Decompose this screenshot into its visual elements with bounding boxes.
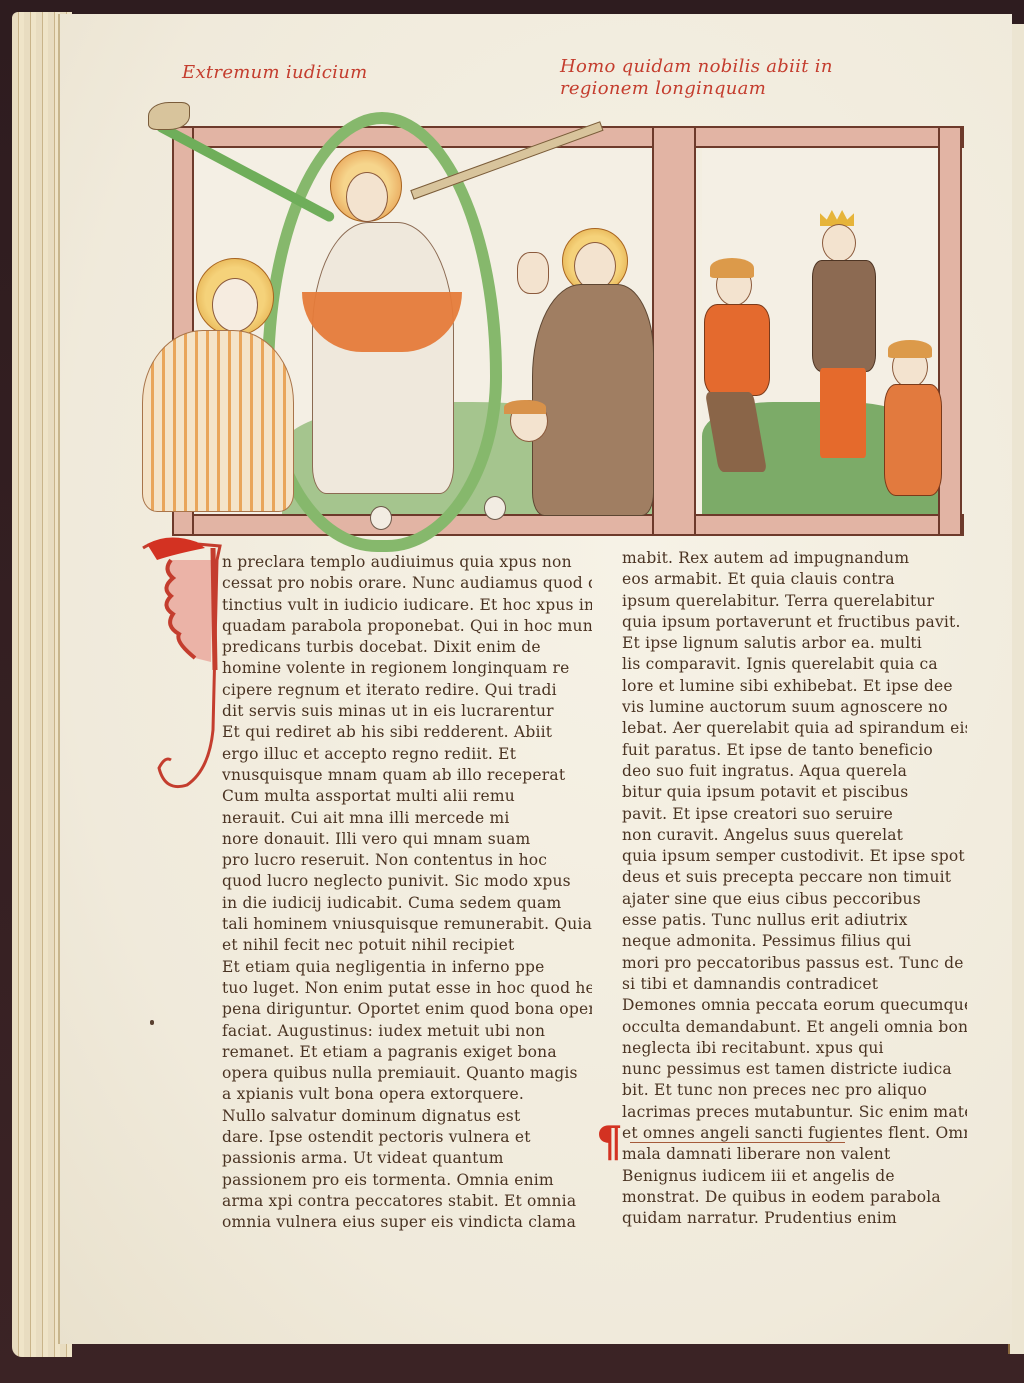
text-line: eos armabit. Et quia clauis contra [622, 569, 967, 590]
text-line: nunc pessimus est tamen districte iudica [622, 1059, 967, 1080]
text-line: vnusquisque mnam quam ab illo receperat [222, 765, 592, 786]
kneeling-servant-hair [888, 340, 932, 358]
text-line: quadam parabola proponebat. Qui in hoc m… [222, 616, 592, 637]
rubric-homo-quidam: Homo quidam nobilis abiit in regionem lo… [560, 56, 890, 100]
text-line: quod lucro neglecto punivit. Sic modo xp… [222, 871, 592, 892]
skull-icon [484, 496, 506, 520]
text-line: dit servis suis minas ut in eis lucraren… [222, 701, 592, 722]
text-line: n preclara templo audiuimus quia xpus no… [222, 552, 592, 573]
text-line: et nihil fecit nec potuit nihil recipiet [222, 935, 592, 956]
text-line: in die iudicij iudicabit. Cuma sedem qua… [222, 893, 592, 914]
text-line: opera quibus nulla premiauit. Quanto mag… [222, 1063, 592, 1084]
text-line: mabit. Rex autem ad impugnandum [622, 548, 967, 569]
text-line: pena diriguntur. Oportet enim quod bona … [222, 999, 592, 1020]
text-line: predicans turbis docebat. Dixit enim de [222, 637, 592, 658]
servant-red-tunic [704, 304, 770, 396]
text-line: vis lumine auctorum suum agnoscere no [622, 697, 967, 718]
text-line: Cum multa assportat multi alii remu [222, 786, 592, 807]
mary-face [212, 278, 258, 332]
soul-hair [504, 400, 546, 414]
text-line: Demones omnia peccata eorum quecumque [622, 995, 967, 1016]
text-line: quidam narratur. Prudentius enim [622, 1208, 967, 1229]
john-praying-hands [517, 252, 549, 294]
text-line: lacrimas preces mutabuntur. Sic enim mat… [622, 1102, 967, 1123]
text-line: lebat. Aer querelabit quia ad spirandum … [622, 718, 967, 739]
text-column-left: n preclara templo audiuimus quia xpus no… [222, 552, 592, 1234]
text-line: cessat pro nobis orare. Nunc audiamus qu… [222, 573, 592, 594]
text-line: neque admonita. Pessimus filius qui [622, 931, 967, 952]
frame-bottom [172, 514, 964, 536]
text-line: fuit paratus. Et ipse de tanto beneficio [622, 740, 967, 761]
decorated-initial-i [135, 530, 235, 790]
text-line: remanet. Et etiam a pagranis exiget bona [222, 1042, 592, 1063]
text-line: arma xpi contra peccatores stabit. Et om… [222, 1191, 592, 1212]
text-line: faciat. Augustinus: iudex metuit ubi non [222, 1021, 592, 1042]
nobleman-brown-robe [812, 260, 876, 372]
rubric-line-2: regionem longinquam [560, 78, 890, 100]
text-line: pro lucro reseruit. Non contentus in hoc [222, 850, 592, 871]
text-line: Benignus iudicem iii et angelis de [622, 1166, 967, 1187]
text-line: Nullo salvatur dominum dignatus est [222, 1106, 592, 1127]
christ-face [346, 172, 388, 222]
text-line: a xpianis vult bona opera extorquere. [222, 1084, 592, 1105]
frame-divider [652, 126, 696, 536]
pilcrow-mark: ¶ [596, 1117, 623, 1166]
text-line: ipsum querelabitur. Terra querelabitur [622, 591, 967, 612]
text-line: esse patis. Tunc nullus erit adiutrix [622, 910, 967, 931]
text-line: neglecta ibi recitabunt. xpus qui [622, 1038, 967, 1059]
john-figure [532, 284, 654, 516]
text-line: nore donauit. Illi vero qui mnam suam [222, 829, 592, 850]
text-line: Et ipse lignum salutis arbor ea. multi [622, 633, 967, 654]
text-line: Et etiam quia negligentia in inferno ppe [222, 957, 592, 978]
text-line: monstrat. De quibus in eodem parabola [622, 1187, 967, 1208]
text-line: omnia vulnera eius super eis vindicta cl… [222, 1212, 592, 1233]
text-line: nerauit. Cui ait mna illi mercede mi [222, 808, 592, 829]
text-line: mala damnati liberare non valent [622, 1144, 967, 1165]
text-line: non curavit. Angelus suus querelat [622, 825, 967, 846]
text-line: si tibi et damnandis contradicet [622, 974, 967, 995]
text-line: homine volente in regionem longinquam re [222, 658, 592, 679]
underline-rule [630, 1142, 845, 1143]
text-line: deo suo fuit ingratus. Aqua querela [622, 761, 967, 782]
text-line: quia ipsum semper custodivit. Et ipse sp… [622, 846, 967, 867]
text-line: lis comparavit. Ignis querelabit quia ca [622, 654, 967, 675]
ink-spot [150, 1020, 154, 1025]
text-line: mori pro peccatoribus passus est. Tunc d… [622, 953, 967, 974]
text-line: passionis arma. Ut videat quantum [222, 1148, 592, 1169]
text-line: cipere regnum et iterato redire. Qui tra… [222, 680, 592, 701]
text-line: Et qui rediret ab his sibi redderent. Ab… [222, 722, 592, 743]
text-line: tuo luget. Non enim putat esse in hoc qu… [222, 978, 592, 999]
servant-hair [710, 258, 754, 278]
text-line: bit. Et tunc non preces nec pro aliquo [622, 1080, 967, 1101]
mary-figure [142, 330, 294, 512]
text-line: deus et suis precepta peccare non timuit [622, 867, 967, 888]
nobleman-orange-hose [820, 368, 866, 458]
text-line: quia ipsum portaverunt et fructibus pavi… [622, 612, 967, 633]
text-line: dare. Ipse ostendit pectoris vulnera et [222, 1127, 592, 1148]
text-line: passionem pro eis tormenta. Omnia enim [222, 1170, 592, 1191]
text-line: ajater sine que eius cibus peccoribus [622, 889, 967, 910]
text-column-right: mabit. Rex autem ad impugnandum eos arma… [622, 548, 967, 1230]
text-line: pavit. Et ipse creatori suo seruire [622, 804, 967, 825]
skull-icon [370, 506, 392, 530]
john-face [574, 242, 616, 290]
rubric-line-1: Homo quidam nobilis abiit in [560, 56, 890, 78]
text-line: ergo illuc et accepto regno rediit. Et [222, 744, 592, 765]
christ-figure [312, 222, 454, 494]
text-line: bitur quia ipsum potavit et piscibus [622, 782, 967, 803]
nobleman-face [822, 224, 856, 262]
kneeling-servant-tunic [884, 384, 942, 496]
text-line: lore et lumine sibi exhibebat. Et ipse d… [622, 676, 967, 697]
text-line: occulta demandabunt. Et angeli omnia bon… [622, 1017, 967, 1038]
rubric-extremum-iudicium: Extremum iudicium [182, 62, 367, 84]
miniature-illustration [112, 112, 962, 532]
lily-flower-icon [148, 102, 190, 130]
text-line: tinctius vult in iudicio iudicare. Et ho… [222, 595, 592, 616]
text-line: tali hominem vniusquisque remunerabit. Q… [222, 914, 592, 935]
